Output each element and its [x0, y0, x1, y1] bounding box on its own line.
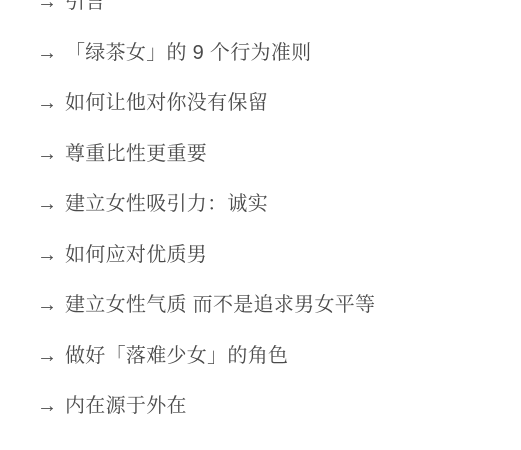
toc-item-label: 如何应对优质男: [65, 243, 207, 267]
toc-item-label: 「绿茶女」的 9 个行为准则: [65, 41, 311, 65]
arrow-right-icon: →: [37, 394, 57, 418]
toc-item-label: 尊重比性更重要: [65, 142, 207, 166]
toc-item[interactable]: → 内在源于外在: [37, 381, 521, 432]
toc-item-label: 做好「落难少女」的角色: [65, 344, 288, 368]
toc-item[interactable]: → 如何应对优质男: [37, 230, 521, 281]
toc-item-label: 内在源于外在: [65, 394, 187, 418]
toc-item-label: 建立女性气质 而不是追求男女平等: [65, 293, 375, 317]
toc-list: → 引言 → 「绿茶女」的 9 个行为准则 → 如何让他对你没有保留 → 尊重比…: [0, 0, 521, 432]
toc-item[interactable]: → 建立女性吸引力：诚实: [37, 179, 521, 230]
toc-item-label: 如何让他对你没有保留: [65, 91, 268, 115]
arrow-right-icon: →: [37, 142, 57, 166]
arrow-right-icon: →: [37, 91, 57, 115]
arrow-right-icon: →: [37, 243, 57, 267]
toc-item-label: 引言: [65, 0, 106, 14]
arrow-right-icon: →: [37, 293, 57, 317]
toc-item[interactable]: → 「绿茶女」的 9 个行为准则: [37, 28, 521, 79]
arrow-right-icon: →: [37, 344, 57, 368]
toc-item[interactable]: → 引言: [37, 0, 521, 28]
toc-item-label: 建立女性吸引力：诚实: [65, 192, 268, 216]
arrow-right-icon: →: [37, 0, 57, 14]
toc-item[interactable]: → 如何让他对你没有保留: [37, 78, 521, 129]
toc-item[interactable]: → 建立女性气质 而不是追求男女平等: [37, 280, 521, 331]
toc-item[interactable]: → 做好「落难少女」的角色: [37, 331, 521, 382]
toc-item[interactable]: → 尊重比性更重要: [37, 129, 521, 180]
arrow-right-icon: →: [37, 41, 57, 65]
arrow-right-icon: →: [37, 192, 57, 216]
